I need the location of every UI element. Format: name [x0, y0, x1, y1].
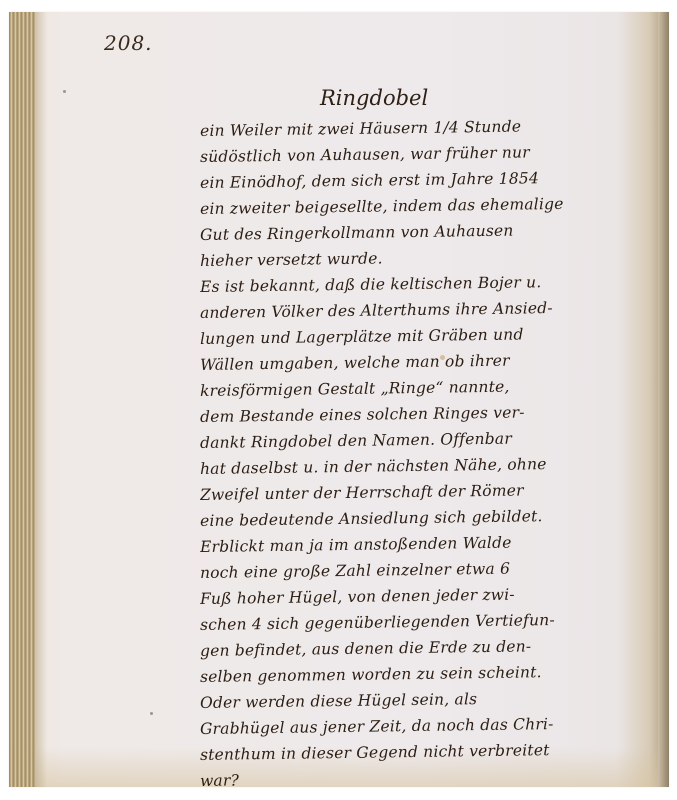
- binding-shadow: [35, 12, 47, 787]
- text-line: war?: [200, 762, 640, 794]
- entry-title: Ringdobel: [320, 86, 428, 110]
- page-right-edge: [658, 12, 669, 787]
- paper-speck: [63, 90, 66, 93]
- paper-speck: [150, 712, 153, 715]
- manuscript-text: ein Weiler mit zwei Häusern 1/4 Stunde s…: [200, 118, 640, 794]
- page-binding-edge: [9, 12, 35, 787]
- page-number: 208.: [104, 31, 153, 55]
